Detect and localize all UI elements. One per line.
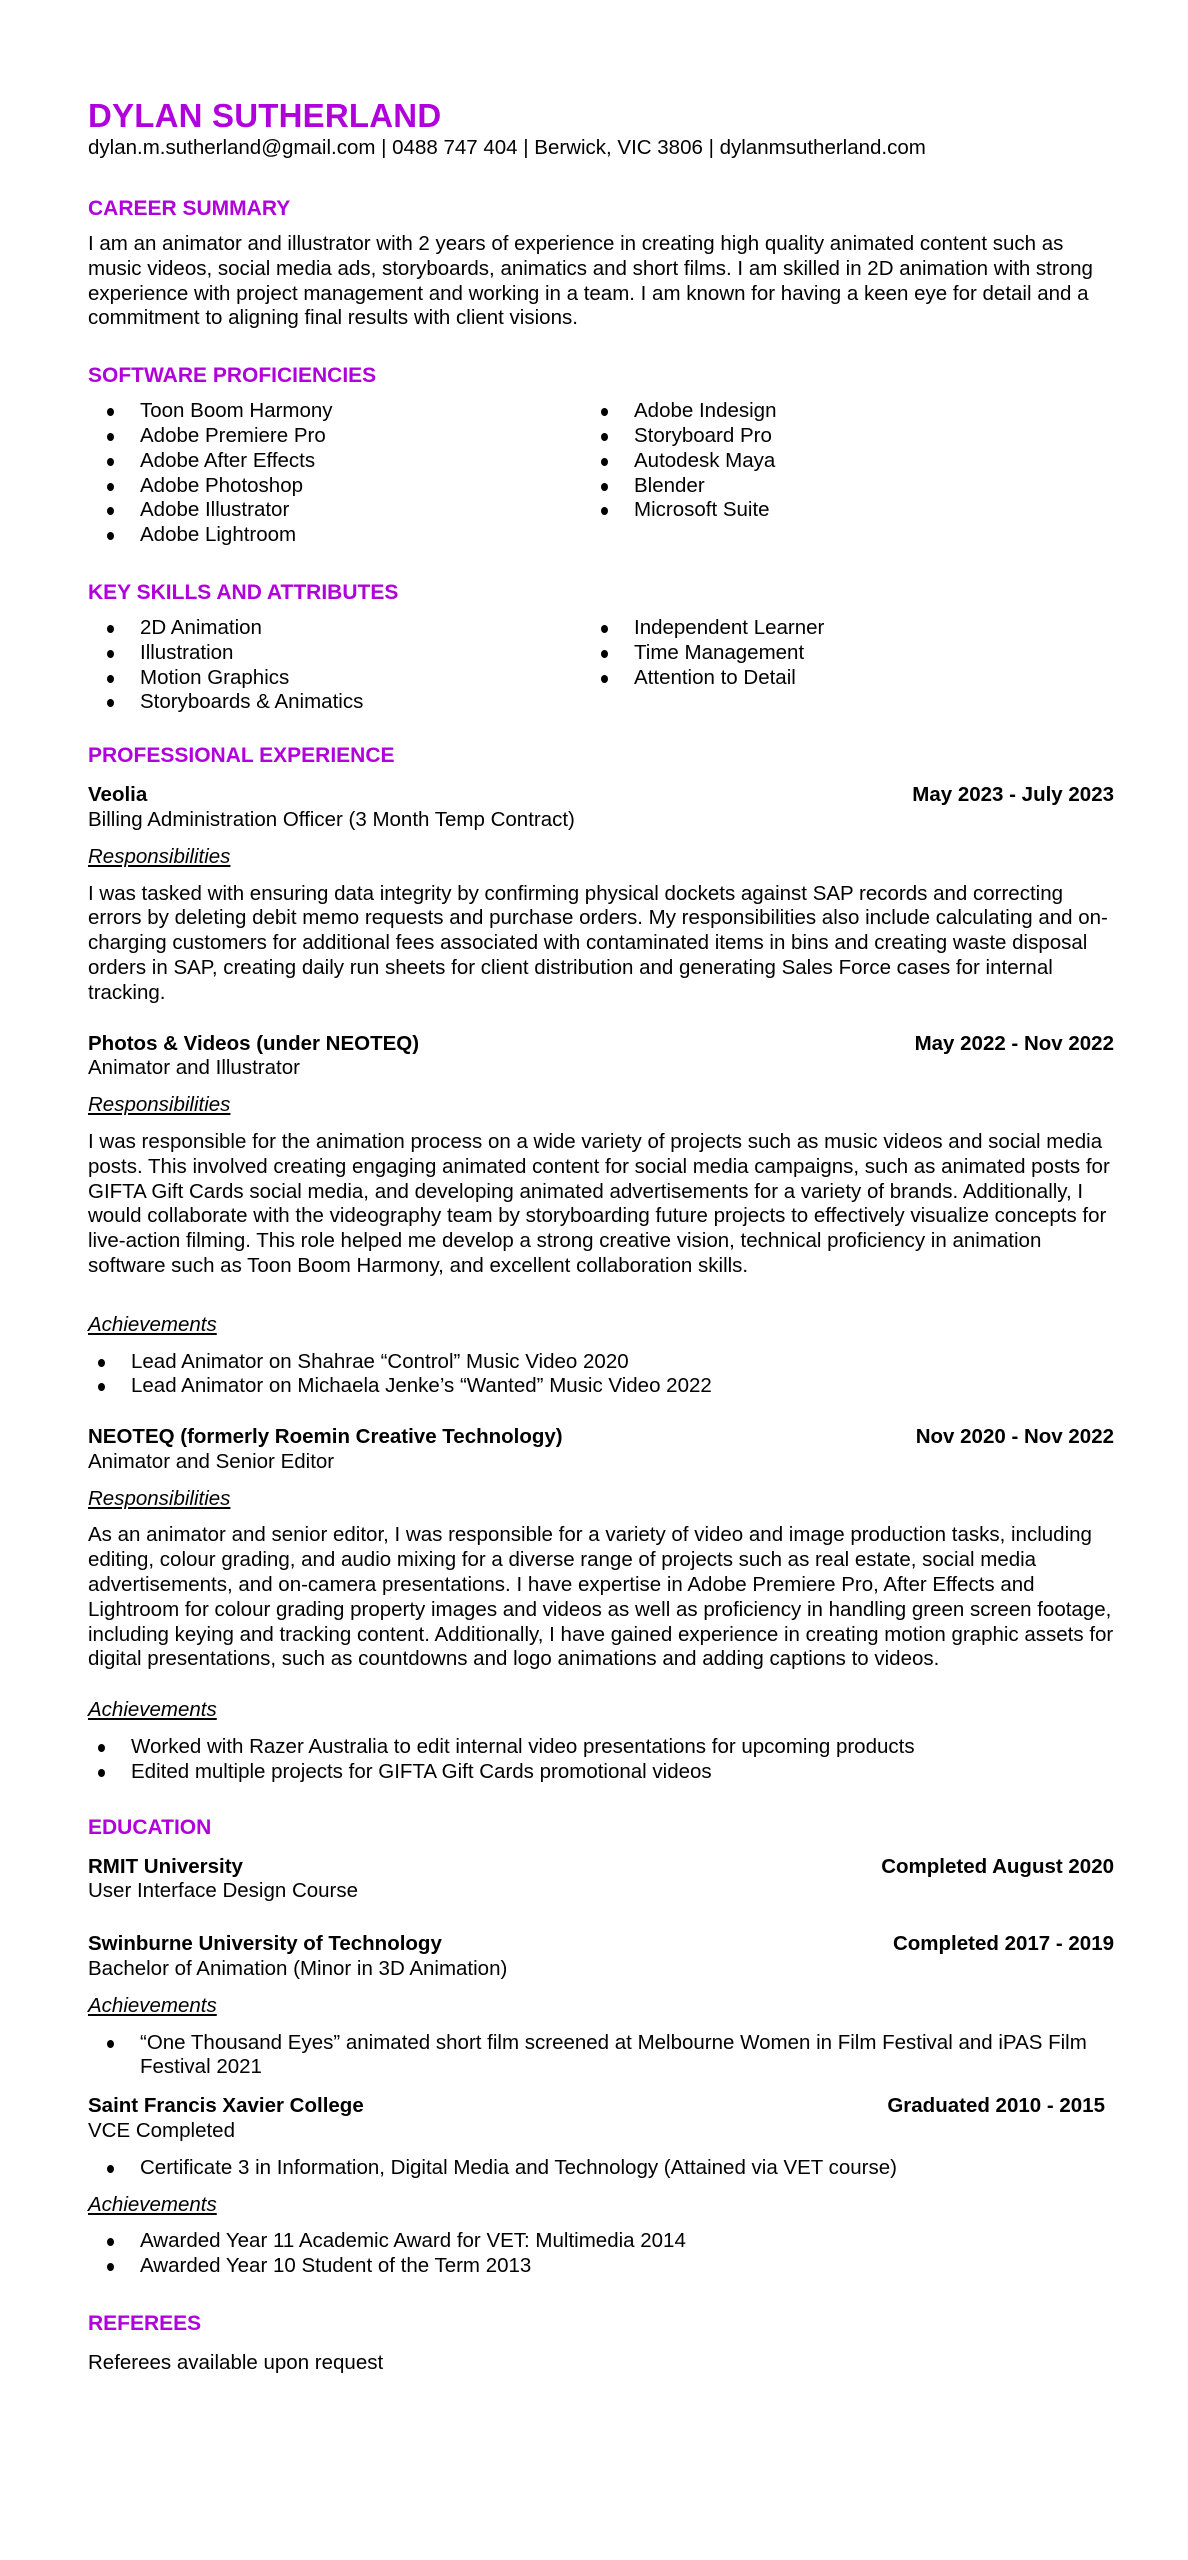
list-item: Illustration xyxy=(88,641,582,666)
candidate-name: DYLAN SUTHERLAND xyxy=(88,96,1114,136)
job-company: NEOTEQ (formerly Roemin Creative Technol… xyxy=(88,1425,563,1450)
software-section: SOFTWARE PROFICIENCIES Toon Boom Harmony… xyxy=(88,363,1114,548)
job-dates: May 2023 - July 2023 xyxy=(912,783,1114,808)
list-item: Lead Animator on Shahrae “Control” Music… xyxy=(88,1350,1114,1375)
list-item: Adobe Illustrator xyxy=(88,498,582,523)
education-extras: Certificate 3 in Information, Digital Me… xyxy=(88,2156,1114,2181)
achievements-label: Achievements xyxy=(88,1698,1114,1723)
job-header: NEOTEQ (formerly Roemin Creative Technol… xyxy=(88,1425,1114,1450)
education-dates: Completed 2017 - 2019 xyxy=(893,1932,1114,1957)
job-header: Veolia May 2023 - July 2023 xyxy=(88,783,1114,808)
education-dates: Completed August 2020 xyxy=(881,1855,1114,1880)
education-heading: EDUCATION xyxy=(88,1815,1114,1841)
list-item: Adobe Lightroom xyxy=(88,523,582,548)
job-role: Billing Administration Officer (3 Month … xyxy=(88,808,1114,833)
list-item: Adobe Indesign xyxy=(582,399,1076,424)
list-item: “One Thousand Eyes” animated short film … xyxy=(88,2031,1114,2081)
list-item: Awarded Year 11 Academic Award for VET: … xyxy=(88,2229,1114,2254)
qualification: VCE Completed xyxy=(88,2119,1114,2144)
list-item: Autodesk Maya xyxy=(582,449,1076,474)
list-item: Toon Boom Harmony xyxy=(88,399,582,424)
job-responsibilities: I was responsible for the animation proc… xyxy=(88,1130,1114,1279)
skills-list-left: 2D AnimationIllustrationMotion GraphicsS… xyxy=(88,616,582,715)
job-achievements: Worked with Razer Australia to edit inte… xyxy=(88,1735,1114,1785)
referees-heading: REFEREES xyxy=(88,2311,1114,2337)
contact-line: dylan.m.sutherland@gmail.com | 0488 747 … xyxy=(88,136,1114,160)
responsibilities-label: Responsibilities xyxy=(88,845,1114,870)
career-summary-heading: CAREER SUMMARY xyxy=(88,196,1114,222)
education-section: EDUCATION RMIT University Completed Augu… xyxy=(88,1815,1114,2279)
list-item: Microsoft Suite xyxy=(582,498,1076,523)
job-achievements: Lead Animator on Shahrae “Control” Music… xyxy=(88,1350,1114,1400)
job-dates: May 2022 - Nov 2022 xyxy=(915,1032,1114,1057)
list-item: Blender xyxy=(582,474,1076,499)
career-summary-text: I am an animator and illustrator with 2 … xyxy=(88,232,1114,331)
experience-section: PROFESSIONAL EXPERIENCE Veolia May 2023 … xyxy=(88,743,1114,1785)
list-item: Motion Graphics xyxy=(88,666,582,691)
education-dates: Graduated 2010 - 2015 xyxy=(887,2094,1105,2119)
job-company: Veolia xyxy=(88,783,147,808)
software-list-right: Adobe IndesignStoryboard ProAutodesk May… xyxy=(582,399,1076,548)
education-header: Saint Francis Xavier College Graduated 2… xyxy=(88,2094,1114,2119)
job-role: Animator and Illustrator xyxy=(88,1056,1114,1081)
education-header: RMIT University Completed August 2020 xyxy=(88,1855,1114,1880)
list-item: Adobe After Effects xyxy=(88,449,582,474)
software-columns: Toon Boom HarmonyAdobe Premiere ProAdobe… xyxy=(88,399,1114,548)
job-entry: Photos & Videos (under NEOTEQ) May 2022 … xyxy=(88,1032,1114,1400)
institution-name: Swinburne University of Technology xyxy=(88,1932,442,1957)
education-entry: Swinburne University of Technology Compl… xyxy=(88,1932,1114,2080)
job-responsibilities: As an animator and senior editor, I was … xyxy=(88,1523,1114,1672)
experience-heading: PROFESSIONAL EXPERIENCE xyxy=(88,743,1114,769)
resume-page: DYLAN SUTHERLAND dylan.m.sutherland@gmai… xyxy=(88,96,1114,2408)
education-entry: RMIT University Completed August 2020 Us… xyxy=(88,1855,1114,1905)
list-item: Worked with Razer Australia to edit inte… xyxy=(88,1735,1114,1760)
list-item: Awarded Year 10 Student of the Term 2013 xyxy=(88,2254,1114,2279)
education-header: Swinburne University of Technology Compl… xyxy=(88,1932,1114,1957)
job-entry: Veolia May 2023 - July 2023 Billing Admi… xyxy=(88,783,1114,1005)
software-list-left: Toon Boom HarmonyAdobe Premiere ProAdobe… xyxy=(88,399,582,548)
education-entry: Saint Francis Xavier College Graduated 2… xyxy=(88,2094,1114,2279)
skills-columns: 2D AnimationIllustrationMotion GraphicsS… xyxy=(88,616,1114,715)
list-item: Storyboards & Animatics xyxy=(88,690,582,715)
achievements-label: Achievements xyxy=(88,1313,1114,1338)
skills-heading: KEY SKILLS AND ATTRIBUTES xyxy=(88,580,1114,606)
qualification: Bachelor of Animation (Minor in 3D Anima… xyxy=(88,1957,1114,1982)
job-role: Animator and Senior Editor xyxy=(88,1450,1114,1475)
institution-name: Saint Francis Xavier College xyxy=(88,2094,364,2119)
list-item: Lead Animator on Michaela Jenke’s “Wante… xyxy=(88,1374,1114,1399)
education-achievements: Awarded Year 11 Academic Award for VET: … xyxy=(88,2229,1114,2279)
list-item: Adobe Premiere Pro xyxy=(88,424,582,449)
referees-section: REFEREES Referees available upon request xyxy=(88,2311,1114,2376)
job-dates: Nov 2020 - Nov 2022 xyxy=(916,1425,1114,1450)
job-responsibilities: I was tasked with ensuring data integrit… xyxy=(88,882,1114,1006)
list-item: Storyboard Pro xyxy=(582,424,1076,449)
skills-section: KEY SKILLS AND ATTRIBUTES 2D AnimationIl… xyxy=(88,580,1114,715)
software-heading: SOFTWARE PROFICIENCIES xyxy=(88,363,1114,389)
job-entry: NEOTEQ (formerly Roemin Creative Technol… xyxy=(88,1425,1114,1785)
achievements-label: Achievements xyxy=(88,2193,1114,2218)
list-item: Independent Learner xyxy=(582,616,1076,641)
job-header: Photos & Videos (under NEOTEQ) May 2022 … xyxy=(88,1032,1114,1057)
list-item: Adobe Photoshop xyxy=(88,474,582,499)
list-item: Edited multiple projects for GIFTA Gift … xyxy=(88,1760,1114,1785)
list-item: 2D Animation xyxy=(88,616,582,641)
skills-list-right: Independent LearnerTime ManagementAttent… xyxy=(582,616,1076,715)
job-company: Photos & Videos (under NEOTEQ) xyxy=(88,1032,419,1057)
list-item: Time Management xyxy=(582,641,1076,666)
education-achievements: “One Thousand Eyes” animated short film … xyxy=(88,2031,1114,2081)
responsibilities-label: Responsibilities xyxy=(88,1487,1114,1512)
career-summary-section: CAREER SUMMARY I am an animator and illu… xyxy=(88,196,1114,331)
qualification: User Interface Design Course xyxy=(88,1879,1114,1904)
list-item: Certificate 3 in Information, Digital Me… xyxy=(88,2156,1114,2181)
responsibilities-label: Responsibilities xyxy=(88,1093,1114,1118)
list-item: Attention to Detail xyxy=(582,666,1076,691)
achievements-label: Achievements xyxy=(88,1994,1114,2019)
institution-name: RMIT University xyxy=(88,1855,243,1880)
referees-text: Referees available upon request xyxy=(88,2351,1114,2376)
